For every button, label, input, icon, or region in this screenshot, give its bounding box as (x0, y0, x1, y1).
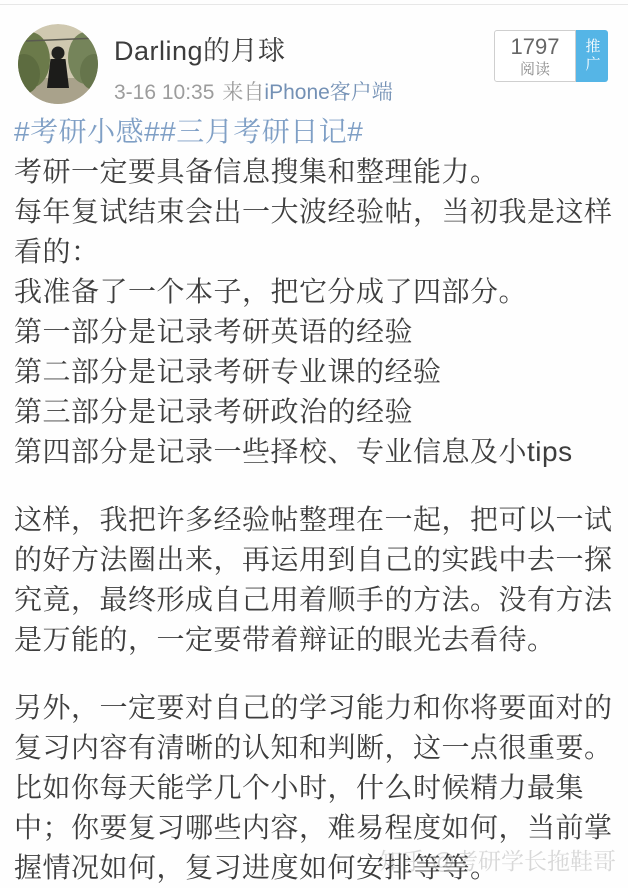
post-text-line: 我准备了一个本子，把它分成了四部分。 (14, 272, 628, 312)
weibo-post-card: Darling的月球 3-16 10:35来自iPhone客户端 1797 阅读… (0, 0, 628, 888)
post-body: #考研小感##三月考研日记#考研一定要具备信息搜集和整理能力。每年复试结束会出一… (14, 112, 628, 888)
post-text-line: 比如你每天能学几个小时，什么时候精力最集 (14, 768, 628, 808)
promote-badge[interactable]: 推广 (576, 30, 608, 82)
post-meta: 3-16 10:35来自iPhone客户端 (114, 76, 393, 106)
username-link[interactable]: Darling的月球 (114, 29, 393, 68)
read-count-box: 1797 阅读 (494, 30, 576, 82)
timestamp: 3-16 10:35 (114, 81, 214, 104)
post-header: Darling的月球 3-16 10:35来自iPhone客户端 1797 阅读… (18, 24, 610, 108)
post-text-line: 复习内容有清晰的认知和判断，这一点很重要。 (14, 728, 628, 768)
post-text-line: 看的： (14, 232, 628, 272)
source-link[interactable]: iPhone客户端 (264, 81, 392, 104)
post-text-line: 第四部分是记录一些择校、专业信息及小tips (14, 432, 628, 472)
post-text-line: 另外，一定要对自己的学习能力和你将要面对的 (14, 688, 628, 728)
avatar-photo-illustration (18, 24, 98, 104)
blank-line (14, 472, 628, 500)
post-text-line: 这样，我把许多经验帖整理在一起，把可以一试 (14, 500, 628, 540)
read-count-value: 1797 (495, 34, 575, 60)
post-text-line: 第三部分是记录考研政治的经验 (14, 392, 628, 432)
avatar[interactable] (18, 24, 98, 104)
post-text-line: 是万能的，一定要带着辩证的眼光去看待。 (14, 620, 628, 660)
post-text-line: 每年复试结束会出一大波经验帖，当初我是这样 (14, 192, 628, 232)
post-text-line: 的好方法圈出来，再运用到自己的实践中去一探 (14, 540, 628, 580)
user-info: Darling的月球 3-16 10:35来自iPhone客户端 (114, 29, 393, 106)
post-text-line: 第二部分是记录考研专业课的经验 (14, 352, 628, 392)
hashtag-line[interactable]: #考研小感##三月考研日记# (14, 112, 628, 152)
post-text-line: 中；你要复习哪些内容，难易程度如何，当前掌 (14, 808, 628, 848)
post-text-line: 握情况如何，复习进度如何安排等等。 (14, 848, 628, 888)
post-text-line: 究竟，最终形成自己用着顺手的方法。没有方法 (14, 580, 628, 620)
read-count-label: 阅读 (495, 60, 575, 79)
blank-line (14, 660, 628, 688)
post-text-line: 考研一定要具备信息搜集和整理能力。 (14, 152, 628, 192)
top-divider (0, 4, 628, 5)
source-prefix: 来自 (222, 81, 264, 104)
read-count-badge: 1797 阅读 推广 (494, 30, 608, 82)
post-text-line: 第一部分是记录考研英语的经验 (14, 312, 628, 352)
